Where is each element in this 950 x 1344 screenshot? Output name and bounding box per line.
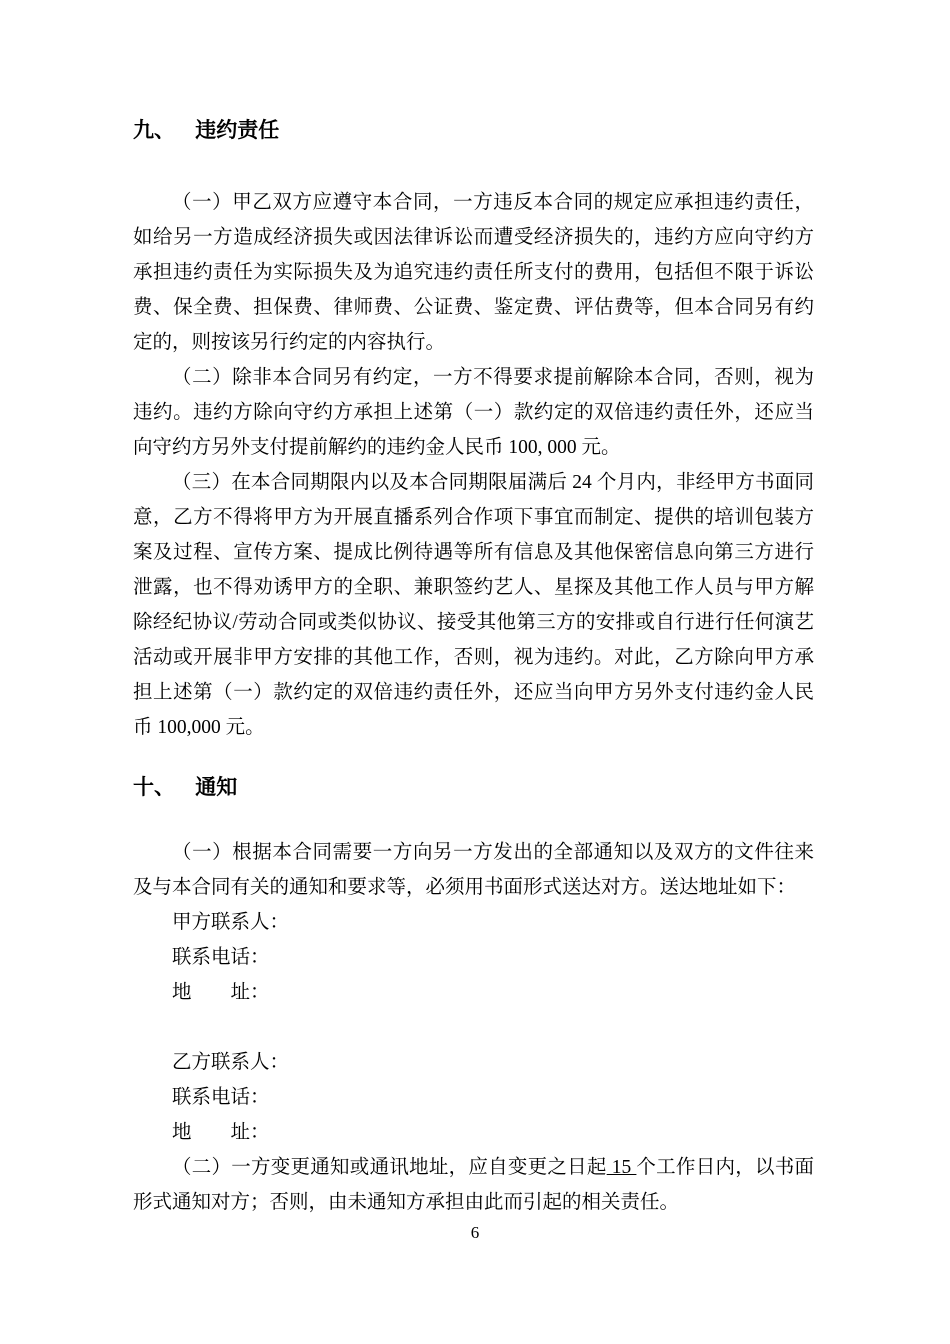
section-9-title: 违约责任 bbox=[195, 118, 279, 142]
notice-intro-paragraph: （一）根据本合同需要一方向另一方发出的全部通知以及双方的文件往来及与本合同有关的… bbox=[133, 835, 814, 905]
party-b-address-label: 地 址： bbox=[133, 1115, 814, 1150]
party-a-contact-label: 甲方联系人： bbox=[133, 905, 814, 940]
section-9-heading: 九、 违约责任 bbox=[133, 113, 814, 148]
breach-paragraph-1: （一）甲乙双方应遵守本合同，一方违反本合同的规定应承担违约责任，如给另一方造成经… bbox=[133, 185, 814, 360]
section-9-number: 九、 bbox=[133, 118, 175, 142]
breach-paragraph-3: （三）在本合同期限内以及本合同期限届满后 24 个月内，非经甲方书面同意，乙方不… bbox=[133, 465, 814, 745]
page-number: 6 bbox=[0, 1222, 950, 1244]
party-a-address-label: 地 址： bbox=[133, 975, 814, 1010]
party-a-contact-block: 甲方联系人： 联系电话： 地 址： bbox=[133, 905, 814, 1010]
notice-change-paragraph: （二）一方变更通知或通讯地址，应自变更之日起 15 个工作日内，以书面形式通知对… bbox=[133, 1150, 814, 1220]
section-10-heading: 十、 通知 bbox=[133, 770, 814, 805]
party-b-contact-block: 乙方联系人： 联系电话： 地 址： bbox=[133, 1045, 814, 1150]
section-10-title: 通知 bbox=[195, 775, 237, 799]
section-10-number: 十、 bbox=[133, 775, 175, 799]
notice-change-text-before: （二）一方变更通知或通讯地址，应自变更之日起 bbox=[172, 1157, 607, 1178]
party-b-contact-label: 乙方联系人： bbox=[133, 1045, 814, 1080]
party-b-phone-label: 联系电话： bbox=[133, 1080, 814, 1115]
document-page: 九、 违约责任 （一）甲乙双方应遵守本合同，一方违反本合同的规定应承担违约责任，… bbox=[0, 0, 950, 1344]
party-a-phone-label: 联系电话： bbox=[133, 940, 814, 975]
document-content: 九、 违约责任 （一）甲乙双方应遵守本合同，一方违反本合同的规定应承担违约责任，… bbox=[133, 113, 814, 1220]
notice-change-days-underlined: 15 bbox=[607, 1157, 637, 1178]
breach-paragraph-2: （二）除非本合同另有约定，一方不得要求提前解除本合同，否则，视为违约。违约方除向… bbox=[133, 360, 814, 465]
